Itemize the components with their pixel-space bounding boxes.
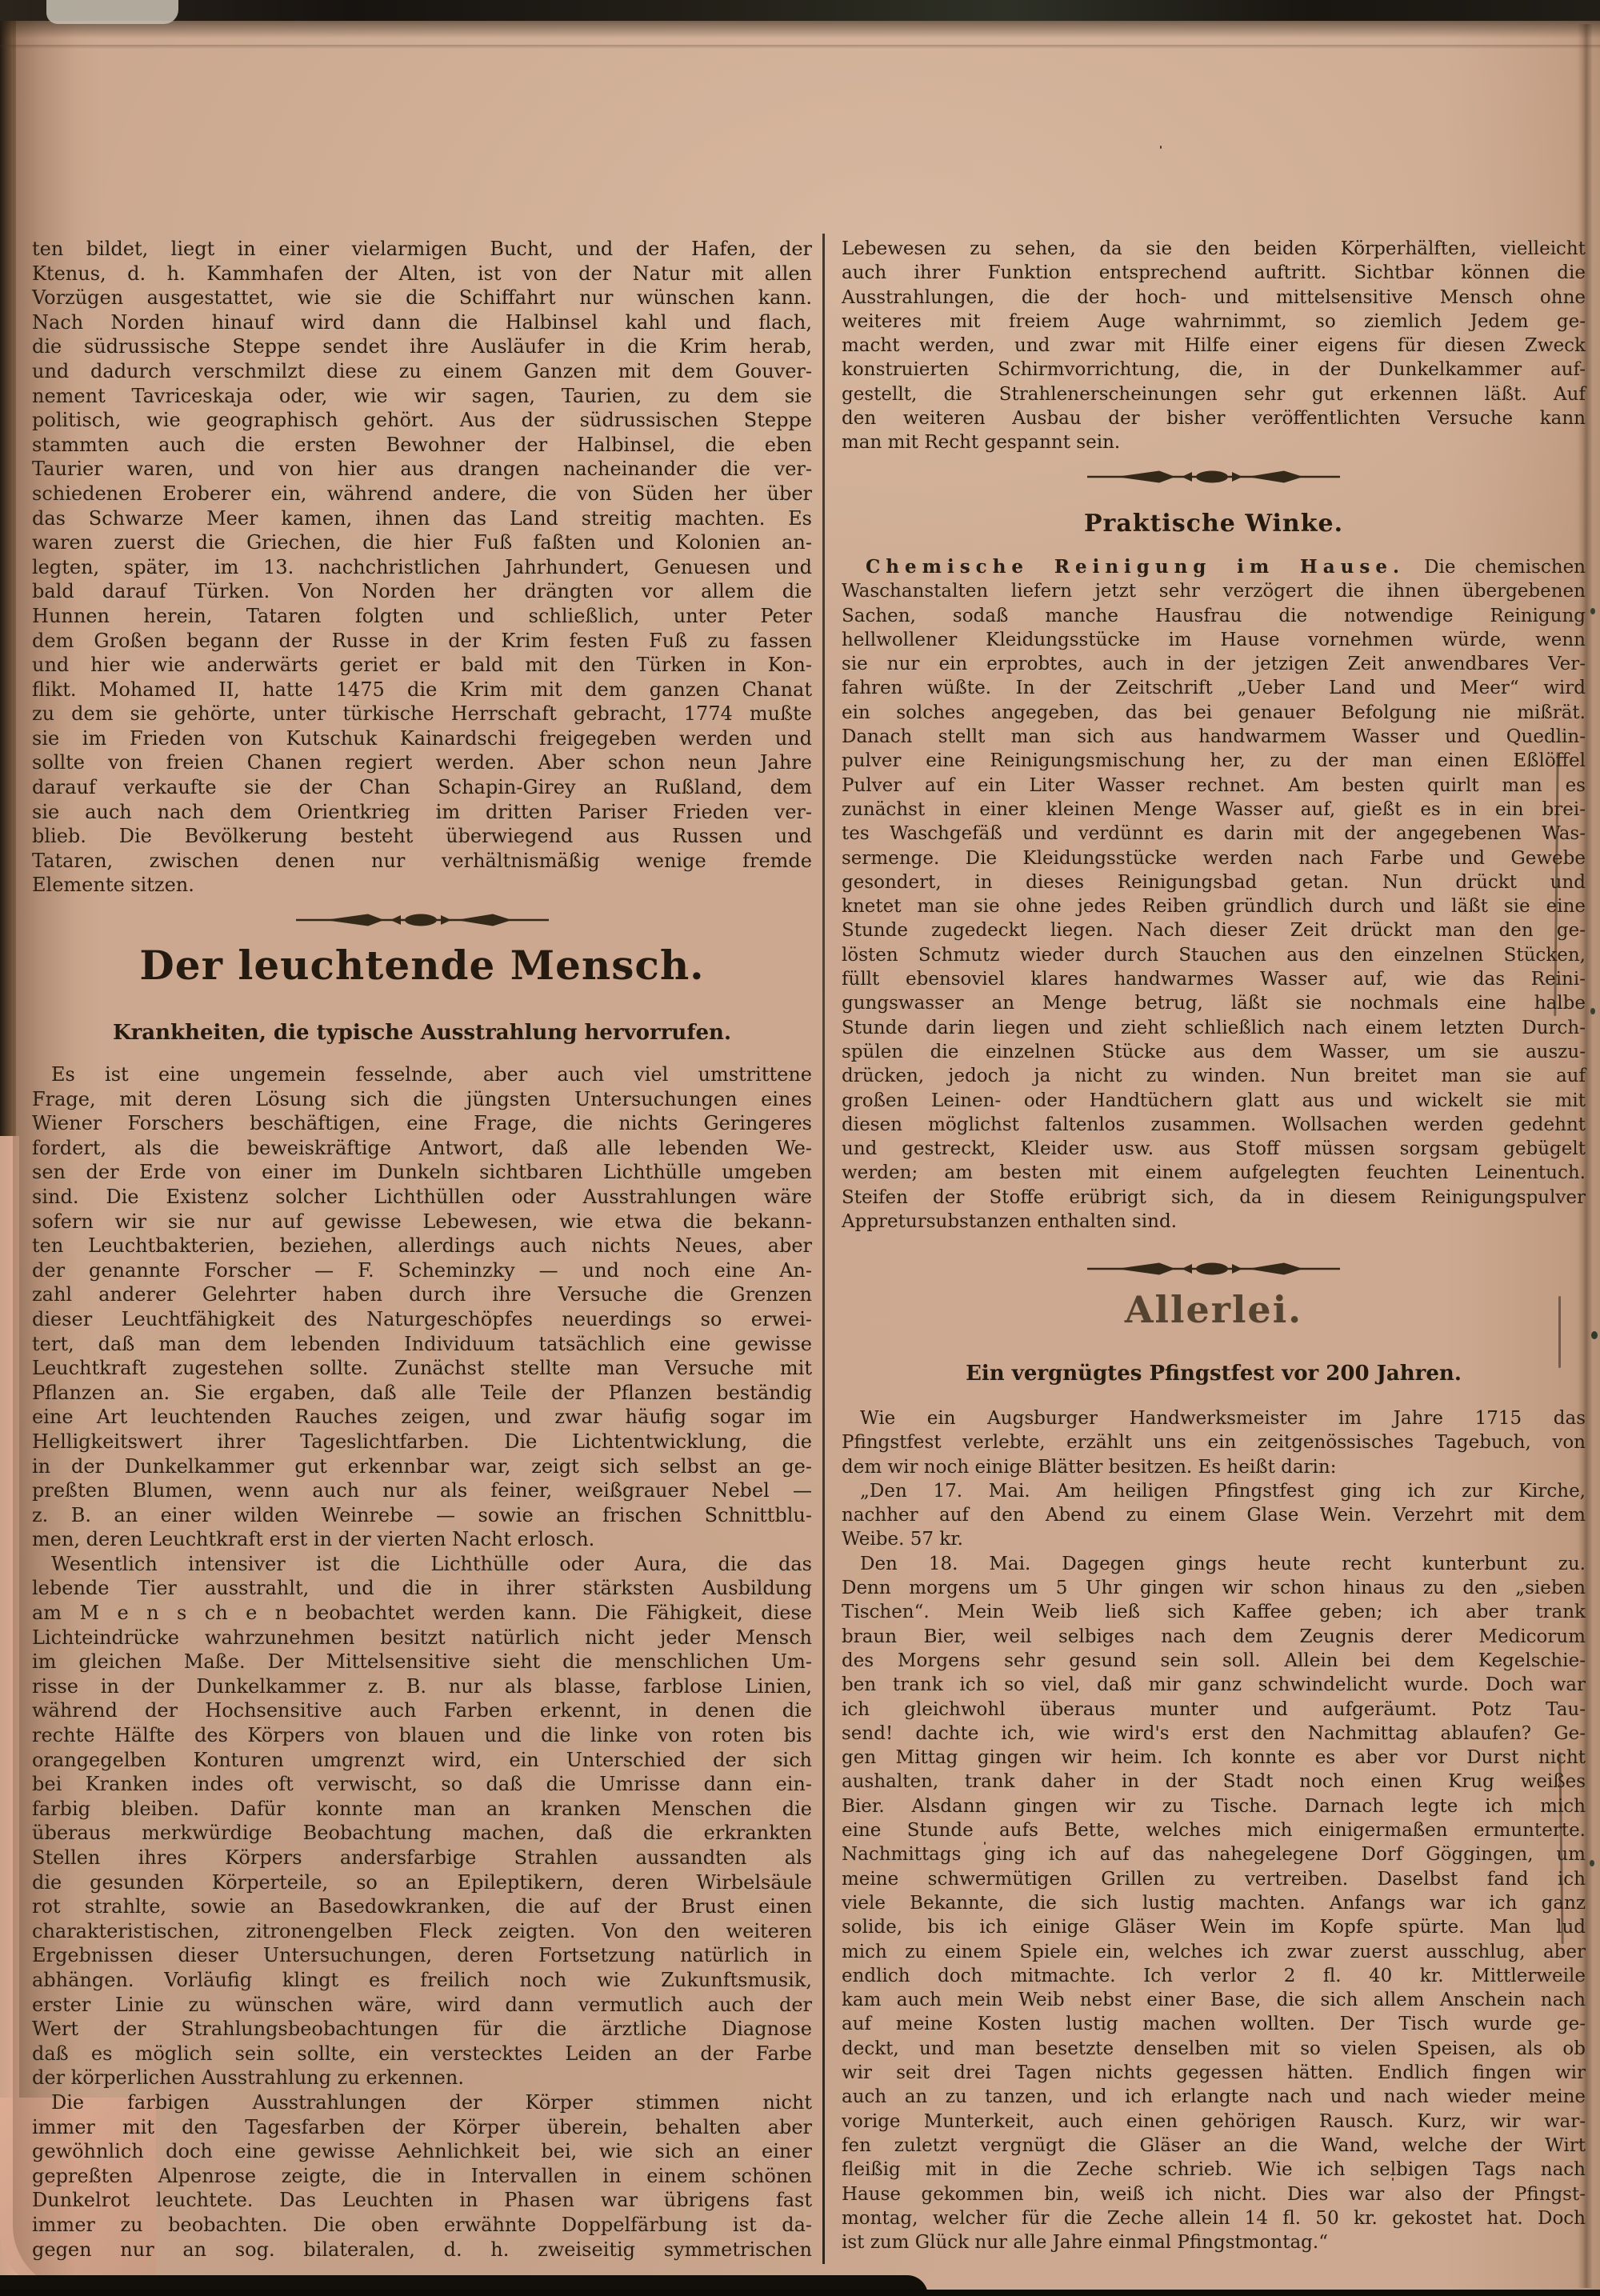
text-line: lebende Tier ausstrahlt, und die in ihre… bbox=[32, 1576, 812, 1601]
text-line: sollte von freien Chanen regiert werden.… bbox=[32, 750, 812, 775]
text-line: knetet man sie ohne jedes Reiben gründli… bbox=[842, 894, 1586, 918]
text-line: Wert der Strahlungsbeobachtungen für die… bbox=[32, 2017, 812, 2042]
text-line: Wesentlich intensiver ist die Lichthülle… bbox=[32, 1552, 812, 1577]
text-line: Chemische Reinigung im Hause. Die chemis… bbox=[842, 555, 1586, 579]
text-line: Lebewesen zu sehen, da sie den beiden Kö… bbox=[842, 237, 1586, 261]
text-line: weiteres mit freiem Auge wahrnimmt, so z… bbox=[842, 310, 1586, 334]
text-line: mich zu einem Spiele ein, welches ich zw… bbox=[842, 1940, 1586, 1964]
text-line: aushalten, trank daher in der Stadt noch… bbox=[842, 1770, 1586, 1794]
text-line: Pfingstfest verlebte, erzählt uns ein ze… bbox=[842, 1430, 1586, 1454]
text-line: Frage, mit deren Lösung sich die jüngste… bbox=[32, 1087, 812, 1112]
text-line: ich gleichwohl überaus munter und aufger… bbox=[842, 1698, 1586, 1722]
text-line: gepreßten Alpenrose zeigte, die in Inter… bbox=[32, 2164, 812, 2189]
divider-ornament bbox=[842, 1259, 1586, 1285]
text-line: preßten Blumen, wenn auch nur als feiner… bbox=[32, 1478, 812, 1503]
text-line: Tataren, zwischen denen nur verhältnismä… bbox=[32, 849, 812, 874]
text-line: und hier wie anderwärts geriet er bald m… bbox=[32, 653, 812, 678]
text-line: legten, später, im 13. nachchristlichen … bbox=[32, 555, 812, 580]
text-line: daß es möglich sein sollte, ein versteck… bbox=[32, 2042, 812, 2066]
text-line: Helligkeitswert ihrer Tageslichtfarben. … bbox=[32, 1430, 812, 1454]
text-line: eine Art leuchtenden Rauches zeigen, und… bbox=[32, 1405, 812, 1430]
divider-ornament bbox=[842, 467, 1586, 493]
text-line: deckt, und man besetzte denselben mit so… bbox=[842, 2037, 1586, 2061]
text-line: immer zu beobachten. Die oben erwähnte D… bbox=[32, 2213, 812, 2238]
text-line: bei Kranken indes oft verwischt, so daß … bbox=[32, 1772, 812, 1797]
text-line: braun Bier, weil selbiges nach dem Zeugn… bbox=[842, 1625, 1586, 1649]
text-line: drücken, jedoch ja nicht zu winden. Nun … bbox=[842, 1064, 1586, 1088]
text-line: Stunde zugedeckt liegen. Nach dieser Zei… bbox=[842, 918, 1586, 942]
spaced-lead-phrase: Chemische Reinigung im Hause. bbox=[842, 556, 1405, 578]
text-line: Bier. Alsdann gingen wir zu Tische. Darn… bbox=[842, 1794, 1586, 1818]
text-line: sie auch nach dem Orientkrieg im dritten… bbox=[32, 800, 812, 825]
text-line: Tischen“. Mein Weib ließ sich Kaffee geb… bbox=[842, 1600, 1586, 1624]
fold-shadow bbox=[0, 45, 1600, 49]
text-line: ten Leuchtbakterien, beziehen, allerding… bbox=[32, 1234, 812, 1258]
text-line: die gesunden Körperteile, so an Epilepti… bbox=[32, 1870, 812, 1895]
divider-ornament-icon bbox=[1086, 1259, 1342, 1278]
text-line: farbig bleiben. Dafür konnte man an kran… bbox=[32, 1797, 812, 1822]
text-line: schiedenen Eroberer ein, während andere,… bbox=[32, 482, 812, 506]
text-line: fleißig mit in die Zeche schrieb. Wie ic… bbox=[842, 2158, 1586, 2182]
text-line: überaus merkwürdige Beobachtung machen, … bbox=[32, 1821, 812, 1846]
text-line: montag, welcher für die Zeche allein 14 … bbox=[842, 2206, 1586, 2230]
text-line: Pflanzen an. Sie ergaben, daß alle Teile… bbox=[32, 1381, 812, 1406]
text-line: werden; am besten mit einem aufgelegten … bbox=[842, 1161, 1586, 1185]
text-line: pulver eine Reinigungsmischung her, zu d… bbox=[842, 749, 1586, 773]
text-line: nachher auf den Abend zu einem Glase Wei… bbox=[842, 1503, 1586, 1527]
article-continuation-text: Lebewesen zu sehen, da sie den beiden Kö… bbox=[842, 237, 1586, 455]
text-line: sind. Die Existenz solcher Lichthüllen o… bbox=[32, 1185, 812, 1210]
top-scan-edge bbox=[0, 0, 1600, 21]
text-line: dem wir noch einige Blätter besitzen. Es… bbox=[842, 1455, 1586, 1479]
text-line: nement Tavriceskaja oder, wie wir sagen,… bbox=[32, 384, 812, 409]
text-line: des Morgens sehr gesund sein soll. Allei… bbox=[842, 1649, 1586, 1673]
text-line: fahren wüßte. In der Zeitschrift „Ueber … bbox=[842, 676, 1586, 700]
text-line: waren zuerst die Griechen, die hier Fuß … bbox=[32, 530, 812, 555]
text-line: während der Hochsensitive auch Farben er… bbox=[32, 1698, 812, 1723]
paper-specks bbox=[1590, 608, 1595, 614]
text-line: vorige Munterkeit, auch einen gehörigen … bbox=[842, 2110, 1586, 2134]
text-line: gegen nur an sog. bilateralen, d. h. zwe… bbox=[32, 2238, 812, 2262]
text-line: zunächst in einer kleinen Menge Wasser a… bbox=[842, 798, 1586, 822]
text-line: in der Dunkelkammer gut erkennbar war, z… bbox=[32, 1454, 812, 1479]
text-line: ein solches angegeben, das bei genauer B… bbox=[842, 701, 1586, 725]
text-line: Danach stellt man sich aus handwarmem Wa… bbox=[842, 725, 1586, 749]
text-line: zu dem sie gehörte, unter türkische Herr… bbox=[32, 702, 812, 726]
allerlei-subtitle: Ein vergnügtes Pfingstfest vor 200 Jahre… bbox=[842, 1362, 1586, 1386]
text-line: rot strahlte, sowie an Basedowkranken, d… bbox=[32, 1894, 812, 1919]
text-line: meine schwermütigen Grillen zu vertreibe… bbox=[842, 1867, 1586, 1891]
text-line: auch an zu tanzen, und ich erlangte nach… bbox=[842, 2085, 1586, 2109]
text-line: Leuchtkraft zugestehen sollte. Zunächst … bbox=[32, 1356, 812, 1381]
text-line: hellwollener Kleidungsstücke im Hause vo… bbox=[842, 628, 1586, 652]
text-line: sofern wir sie nur auf gewisse Lebewesen… bbox=[32, 1210, 812, 1234]
text-line: Ergebnissen dieser Untersuchungen, deren… bbox=[32, 1943, 812, 1968]
text-line: rechte Hälfte des Körpers von blauen und… bbox=[32, 1723, 812, 1748]
newspaper-scan: { "meta": { "kind": "scanned historic Ge… bbox=[0, 0, 1600, 2296]
text-line: Den 18. Mai. Dagegen gings heute recht k… bbox=[842, 1552, 1586, 1576]
text-line: dem Großen begann der Russe in der Krim … bbox=[32, 629, 812, 654]
text-line: charakteristischen, zitronengelben Fleck… bbox=[32, 1919, 812, 1944]
text-line: Vorzügen ausgestattet, wie sie die Schif… bbox=[32, 286, 812, 310]
text-line: ben trank ich so viel, daß mir ganz schw… bbox=[842, 1673, 1586, 1697]
text-line: Denn morgens um 5 Uhr gingen wir schon h… bbox=[842, 1576, 1586, 1600]
text-line: auch ihrer Funktion entsprechend auftrit… bbox=[842, 261, 1586, 285]
text-line: Appretursubstanzen enthalten sind. bbox=[842, 1210, 1586, 1234]
text-line: sie im Frieden von Kutschuk Kainardschi … bbox=[32, 726, 812, 751]
text-line: sen der Erde von einer im Dunkeln sichtb… bbox=[32, 1160, 812, 1185]
text-line: wir seit drei Tagen nichts gegessen hätt… bbox=[842, 2061, 1586, 2085]
text-line: Weibe. 57 kr. bbox=[842, 1527, 1586, 1551]
text-line: ten bildet, liegt in einer vielarmigen B… bbox=[32, 237, 812, 262]
text-line: den weiteren Ausbau der bisher veröffent… bbox=[842, 406, 1586, 430]
praktische-winke-text: Chemische Reinigung im Hause. Die chemis… bbox=[842, 555, 1586, 1234]
text-line: der genannte Forscher — F. Scheminzky — … bbox=[32, 1258, 812, 1283]
text-line: „Den 17. Mai. Am heiligen Pfingstfest gi… bbox=[842, 1479, 1586, 1503]
text-line: Es ist eine ungemein fesselnde, aber auc… bbox=[32, 1062, 812, 1087]
article-subtitle: Krankheiten, die typische Ausstrahlung h… bbox=[32, 1021, 812, 1046]
text-line: immer mit den Tagesfarben der Körper übe… bbox=[32, 2115, 812, 2140]
text-line: gungswasser an Menge betrug, läßt sie no… bbox=[842, 991, 1586, 1015]
text-line: z. B. an einer wilden Weinrebe — sowie a… bbox=[32, 1503, 812, 1528]
text-line: endlich doch mitmachte. Ich verlor 2 fl.… bbox=[842, 1964, 1586, 1988]
text-line: Stellen ihres Körpers andersfarbige Stra… bbox=[32, 1846, 812, 1870]
text-line: sie nur ein erprobtes, auch in der jetzi… bbox=[842, 652, 1586, 676]
text-line: eine Stunde aufs Bette, welches mich ein… bbox=[842, 1818, 1586, 1842]
text-line: Die farbigen Ausstrahlungen der Körper s… bbox=[32, 2090, 812, 2115]
top-page-sliver bbox=[46, 0, 178, 24]
text-line: bald darauf Türken. Von Norden her dräng… bbox=[32, 579, 812, 604]
bottom-edge-line bbox=[0, 2290, 1600, 2296]
text-line: füllt ebensoviel klares handwarmes Wasse… bbox=[842, 967, 1586, 991]
text-line: flikt. Mohamed II, hatte 1475 die Krim m… bbox=[32, 678, 812, 702]
text-line: Sachen, sodaß manche Hausfrau die notwen… bbox=[842, 604, 1586, 628]
text-line: auf meine Kosten lustig machen wollten. … bbox=[842, 2012, 1586, 2036]
text-line: Lichteindrücke wahrzunehmen besitzt natü… bbox=[32, 1626, 812, 1650]
text-line: gen Mittag gingen wir heim. Ich konnte e… bbox=[842, 1746, 1586, 1770]
allerlei-text: Wie ein Augsburger Handwerksmeister im J… bbox=[842, 1406, 1586, 2254]
text-line: im gleichen Maße. Der Mittelsensitive si… bbox=[32, 1650, 812, 1674]
text-line: Wie ein Augsburger Handwerksmeister im J… bbox=[842, 1406, 1586, 1430]
text-line: Taurier waren, und von hier aus drangen … bbox=[32, 457, 812, 482]
text-line: Hunnen herein, Tataren folgten und schli… bbox=[32, 604, 812, 629]
text-line: stammten auch die ersten Bewohner der Ha… bbox=[32, 433, 812, 458]
section-title-praktische-winke: Praktische Winke. bbox=[842, 512, 1586, 536]
left-column: ten bildet, liegt in einer vielarmigen B… bbox=[32, 237, 812, 2269]
divider-ornament bbox=[32, 910, 812, 936]
text-line: spülen die einzelnen Stücke aus dem Wass… bbox=[842, 1040, 1586, 1064]
text-line: Dunkelrot leuchtete. Das Leuchten in Pha… bbox=[32, 2188, 812, 2213]
text-line: und gestreckt, Kleider usw. aus Stoff mü… bbox=[842, 1137, 1586, 1161]
divider-ornament-icon bbox=[1086, 467, 1342, 486]
text-line: und dadurch verschmilzt diese zu einem G… bbox=[32, 359, 812, 384]
text-line: großen Leinen- oder Handtüchern glatt au… bbox=[842, 1089, 1586, 1113]
text-line: macht werden, und zwar mit Hilfe einer e… bbox=[842, 334, 1586, 358]
text-line: orangegelben Konturen umgrenzt wird, ein… bbox=[32, 1748, 812, 1773]
text-line: risse in der Dunkelkammer z. B. nur als … bbox=[32, 1674, 812, 1699]
text-line: Steifen der Stoffe erübrigt sich, da in … bbox=[842, 1186, 1586, 1210]
text-line: viele Bekannte, die sich lustig machten.… bbox=[842, 1891, 1586, 1915]
krim-article-text: ten bildet, liegt in einer vielarmigen B… bbox=[32, 237, 812, 898]
text-line: send! dachte ich, wie wird's erst den Na… bbox=[842, 1722, 1586, 1746]
text-line: Nachmittags ging ich auf das nahegelegen… bbox=[842, 1842, 1586, 1866]
text-line: Ausstrahlungen, die der hoch- und mittel… bbox=[842, 286, 1586, 310]
text-line: Waschanstalten liefern jetzt sehr verzög… bbox=[842, 579, 1586, 603]
text-line: der körperlichen Ausstrahlung zu erkenne… bbox=[32, 2066, 812, 2090]
text-line: fordert, als die beweiskräftige Antwort,… bbox=[32, 1136, 812, 1161]
text-line: das Schwarze Meer kamen, ihnen das Land … bbox=[32, 506, 812, 531]
text-line: man mit Recht gespannt sein. bbox=[842, 430, 1586, 454]
text-line: darauf verkaufte sie der Chan Schapin-Gi… bbox=[32, 775, 812, 800]
text-line: am M e n s ch e n beobachtet werden kann… bbox=[32, 1601, 812, 1626]
text-line: lösten Schmutz wieder durch Stauchen aus… bbox=[842, 943, 1586, 967]
text-line: tes Waschgefäß und verdünnt es darin mit… bbox=[842, 822, 1586, 846]
article-body-text: Es ist eine ungemein fesselnde, aber auc… bbox=[32, 1062, 812, 2262]
top-edge-shadow bbox=[0, 21, 1600, 38]
column-divider-rule bbox=[822, 234, 825, 2264]
text-line: ist zum Glück nur alle Jahre einmal Pfin… bbox=[842, 2230, 1586, 2254]
text-line: Stunde darin liegen und zieht schließlic… bbox=[842, 1016, 1586, 1040]
text-line: dieser Leuchtfähigkeit des Naturgeschöpf… bbox=[32, 1307, 812, 1332]
text-line: Ktenus, d. h. Kammhafen der Alten, ist v… bbox=[32, 262, 812, 286]
text-line: fen zuletzt vergnügt die Gläser an die W… bbox=[842, 2134, 1586, 2158]
text-line: kam auch mein Weib nebst einer Base, die… bbox=[842, 1988, 1586, 2012]
text-line: abhängen. Vorläufig klingt es freilich n… bbox=[32, 1968, 812, 1993]
right-column: Lebewesen zu sehen, da sie den beiden Kö… bbox=[842, 237, 1586, 2269]
text-line: sermenge. Die Kleidungsstücke werden nac… bbox=[842, 846, 1586, 870]
text-line: Nach Norden hinauf wird dann die Halbins… bbox=[32, 310, 812, 335]
text-line: tert, daß man dem lebenden Individuum ta… bbox=[32, 1332, 812, 1357]
text-line: blieb. Die Bevölkerung besteht überwiege… bbox=[32, 824, 812, 849]
text-line: Elemente sitzen. bbox=[32, 873, 812, 898]
text-line: Wiener Forschers beschäftigen, eine Frag… bbox=[32, 1111, 812, 1136]
section-title-allerlei: Allerlei. bbox=[842, 1298, 1586, 1322]
text-line: erster Linie zu wünschen wäre, wird dann… bbox=[32, 1993, 812, 2018]
text-line: solide, bis ich einige Gläser Wein im Ko… bbox=[842, 1915, 1586, 1939]
text-line: gewöhnlich doch eine gewisse Aehnlichkei… bbox=[32, 2139, 812, 2164]
article-title: Der leuchtende Mensch. bbox=[32, 954, 812, 978]
text-line: men, deren Leuchtkraft erst in der viert… bbox=[32, 1527, 812, 1552]
text-line: diesen möglichst faltenlos zusammen. Wol… bbox=[842, 1113, 1586, 1137]
text-line: gesondert, in dieses Reinigungsbad getan… bbox=[842, 870, 1586, 894]
text-line: Hause gekommen bin, weiß ich nicht. Dies… bbox=[842, 2182, 1586, 2206]
divider-ornament-icon bbox=[294, 910, 550, 930]
text-line: die südrussische Steppe sendet ihre Ausl… bbox=[32, 334, 812, 359]
text-line: gestellt, die Strahlenerscheinungen sehr… bbox=[842, 382, 1586, 406]
text-line: zahl anderer Gelehrter haben durch ihre … bbox=[32, 1282, 812, 1307]
text-line: konstruierten Schirmvorrichtung, die, in… bbox=[842, 358, 1586, 382]
text-line: politisch, wie geographisch gehört. Aus … bbox=[32, 408, 812, 433]
text-line: Pulver auf ein Liter Wasser rechnet. Am … bbox=[842, 774, 1586, 798]
